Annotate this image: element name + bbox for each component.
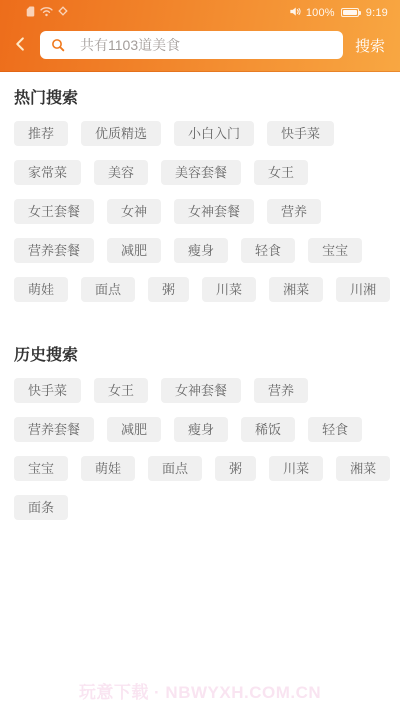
search-tag-chip[interactable]: 优质精选	[81, 121, 161, 146]
search-tag-chip[interactable]: 女王	[254, 160, 308, 185]
search-tag-chip[interactable]: 女神	[107, 199, 161, 224]
chevron-left-icon	[12, 35, 30, 56]
search-header: 100% 9:19 搜索	[0, 0, 400, 72]
search-tag-chip[interactable]: 瘦身	[174, 238, 228, 263]
search-tag-chip[interactable]: 女王	[94, 378, 148, 403]
search-tag-chip[interactable]: 减肥	[107, 417, 161, 442]
search-tag-chip[interactable]: 美容	[94, 160, 148, 185]
clock-time: 9:19	[366, 7, 388, 19]
search-tag-chip[interactable]: 营养套餐	[14, 238, 94, 263]
tag-row: 推荐优质精选小白入门快手菜	[14, 121, 386, 146]
wifi-icon	[40, 6, 53, 20]
search-tag-chip[interactable]: 瘦身	[174, 417, 228, 442]
search-tag-chip[interactable]: 川菜	[202, 277, 256, 302]
search-tag-chip[interactable]: 快手菜	[14, 378, 81, 403]
search-tag-chip[interactable]: 面点	[148, 456, 202, 481]
history-search-title: 历史搜索	[14, 316, 386, 365]
tag-row: 营养套餐减肥瘦身稀饭轻食	[14, 417, 386, 442]
status-bar: 100% 9:19	[0, 0, 400, 22]
battery-full-icon	[341, 8, 359, 17]
status-right: 100% 9:19	[289, 6, 388, 20]
search-tag-chip[interactable]: 家常菜	[14, 160, 81, 185]
search-tag-chip[interactable]: 萌娃	[14, 277, 68, 302]
page-body: 热门搜索 推荐优质精选小白入门快手菜家常菜美容美容套餐女王女王套餐女神女神套餐营…	[0, 72, 400, 520]
search-tag-chip[interactable]: 萌娃	[81, 456, 135, 481]
search-tag-chip[interactable]: 减肥	[107, 238, 161, 263]
tag-row: 快手菜女王女神套餐营养	[14, 378, 386, 403]
search-tag-chip[interactable]: 营养套餐	[14, 417, 94, 442]
tag-row: 女王套餐女神女神套餐营养	[14, 199, 386, 224]
search-tag-chip[interactable]: 推荐	[14, 121, 68, 146]
search-box[interactable]	[40, 31, 343, 59]
sim-card-icon	[26, 6, 35, 20]
search-tag-chip[interactable]: 川湘	[336, 277, 390, 302]
search-tag-chip[interactable]: 小白入门	[174, 121, 254, 146]
search-tag-chip[interactable]: 面条	[14, 495, 68, 520]
search-tag-chip[interactable]: 稀饭	[241, 417, 295, 442]
speaker-icon	[289, 6, 302, 20]
history-search-tags: 快手菜女王女神套餐营养营养套餐减肥瘦身稀饭轻食宝宝萌娃面点粥川菜湘菜面条	[14, 378, 386, 520]
search-input[interactable]	[80, 37, 333, 53]
search-tag-chip[interactable]: 女神套餐	[174, 199, 254, 224]
app-screen: 100% 9:19 搜索 热门搜索 推荐优质精选小白入门快手菜家常菜美	[0, 0, 400, 711]
search-tag-chip[interactable]: 宝宝	[308, 238, 362, 263]
history-search-section: 历史搜索 快手菜女王女神套餐营养营养套餐减肥瘦身稀饭轻食宝宝萌娃面点粥川菜湘菜面…	[14, 316, 386, 520]
battery-percent: 100%	[306, 7, 335, 19]
search-submit-button[interactable]: 搜索	[355, 35, 385, 56]
tag-row: 家常菜美容美容套餐女王	[14, 160, 386, 185]
search-tag-chip[interactable]: 面点	[81, 277, 135, 302]
search-tag-chip[interactable]: 粥	[215, 456, 256, 481]
watermark: 玩意下载 · NBWYXH.COM.CN	[0, 678, 400, 703]
search-icon	[50, 37, 66, 53]
tag-row: 营养套餐减肥瘦身轻食宝宝	[14, 238, 386, 263]
search-tag-chip[interactable]: 川菜	[269, 456, 323, 481]
hot-search-title: 热门搜索	[14, 72, 386, 108]
search-tag-chip[interactable]: 女神套餐	[161, 378, 241, 403]
search-tag-chip[interactable]: 宝宝	[14, 456, 68, 481]
search-tag-chip[interactable]: 营养	[267, 199, 321, 224]
hot-search-section: 热门搜索 推荐优质精选小白入门快手菜家常菜美容美容套餐女王女王套餐女神女神套餐营…	[14, 72, 386, 302]
tag-row: 宝宝萌娃面点粥川菜湘菜	[14, 456, 386, 481]
diamond-icon	[58, 6, 68, 19]
search-tag-chip[interactable]: 轻食	[308, 417, 362, 442]
search-tag-chip[interactable]: 女王套餐	[14, 199, 94, 224]
back-button[interactable]	[8, 32, 34, 58]
search-row: 搜索	[0, 22, 400, 72]
hot-search-tags: 推荐优质精选小白入门快手菜家常菜美容美容套餐女王女王套餐女神女神套餐营养营养套餐…	[14, 121, 386, 302]
tag-row: 萌娃面点粥川菜湘菜川湘	[14, 277, 386, 302]
tag-row: 面条	[14, 495, 386, 520]
status-left-icons	[26, 6, 68, 20]
search-tag-chip[interactable]: 营养	[254, 378, 308, 403]
search-tag-chip[interactable]: 美容套餐	[161, 160, 241, 185]
search-tag-chip[interactable]: 粥	[148, 277, 189, 302]
search-tag-chip[interactable]: 轻食	[241, 238, 295, 263]
search-tag-chip[interactable]: 快手菜	[267, 121, 334, 146]
search-tag-chip[interactable]: 湘菜	[336, 456, 390, 481]
search-tag-chip[interactable]: 湘菜	[269, 277, 323, 302]
